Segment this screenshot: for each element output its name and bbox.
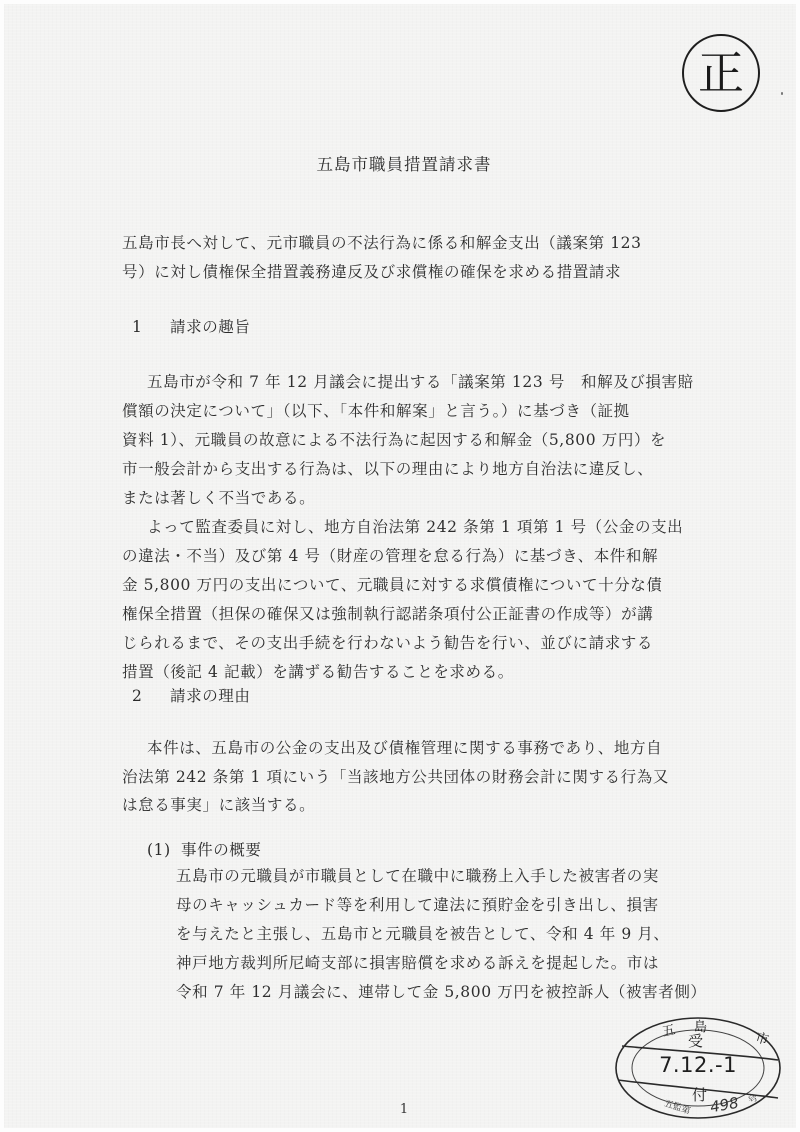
original-mark-char: 正 [698, 50, 744, 96]
section-number: 1 [132, 318, 170, 336]
section-heading-1: 1請求の趣旨 [132, 315, 251, 337]
scanned-page: 正 五島市職員措置請求書 五島市長へ対して、元市職員の不法行為に係る和解金支出（… [4, 4, 796, 1128]
subject-line: 号）に対し債権保全措置義務違反及び求償権の確保を求める措置請求 [122, 262, 621, 282]
paragraph-line: 措置（後記 4 記載）を講ずる勧告することを求める。 [122, 662, 514, 682]
section-title: 請求の理由 [170, 687, 251, 705]
subsection-heading-1: (1)事件の概要 [147, 838, 262, 860]
paragraph-line: 権保全措置（担保の確保又は強制執行認諾条項付公正証書の作成等）が講 [122, 604, 653, 624]
subsection-title: 事件の概要 [181, 841, 262, 859]
paragraph-line: 五島市が令和 7 年 12 月議会に提出する「議案第 123 号 和解及び損害賠 [147, 372, 694, 392]
page-number: 1 [4, 1102, 800, 1117]
paragraph-line: は怠る事実」に該当する。 [122, 795, 315, 815]
subsection-number: (1) [147, 841, 181, 859]
paragraph-line: 本件は、五島市の公金の支出及び債権管理に関する事務であり、地方自 [147, 738, 662, 758]
scan-speck [781, 92, 783, 95]
paragraph-line: 償額の決定について」（以下、「本件和解案」と言う。）に基づき（証拠 [122, 401, 630, 421]
paragraph-line: 金 5,800 万円の支出について、元職員に対する求償債権について十分な債 [122, 575, 663, 595]
original-mark-stamp: 正 [682, 34, 760, 112]
section-heading-2: 2請求の理由 [132, 684, 251, 706]
paragraph-line: または著しく不当である。 [122, 488, 315, 508]
paragraph-line: 資料 1）、元職員の故意による不法行為に起因する和解金（5,800 万円）を [122, 430, 666, 450]
paragraph-line: じられるまで、その支出手続を行わないよう勧告を行い、並びに請求する [122, 633, 653, 653]
paragraph-line: 母のキャッシュカード等を利用して違法に預貯金を引き出し、損害 [176, 895, 659, 915]
paragraph-line: 神戸地方裁判所尼崎支部に損害賠償を求める訴えを提起した。市は [176, 953, 659, 973]
subject-line: 五島市長へ対して、元市職員の不法行為に係る和解金支出（議案第 123 [122, 233, 642, 253]
reception-received-char: 受 [688, 1030, 703, 1051]
paragraph-line: の違法・不当）及び第 4 号（財産の管理を怠る行為）に基づき、本件和解 [122, 546, 658, 566]
paragraph-line: 市一般会計から支出する行為は、以下の理由により地方自治法に違反し、 [122, 459, 653, 479]
paragraph-line: よって監査委員に対し、地方自治法第 242 条第 1 項第 1 号（公金の支出 [147, 517, 683, 537]
paragraph-line: 令和 7 年 12 月議会に、連帯して金 5,800 万円を被控訴人（被害者側） [176, 982, 707, 1002]
document-title: 五島市職員措置請求書 [4, 151, 800, 175]
section-number: 2 [132, 687, 170, 705]
section-title: 請求の趣旨 [170, 318, 251, 336]
paragraph-line: を与えたと主張し、五島市と元職員を被告として、令和 4 年 9 月、 [176, 924, 670, 944]
paragraph-line: 治法第 242 条第 1 項にいう「当該地方公共団体の財務会計に関する行為又 [122, 767, 669, 787]
reception-date: 7.12.-1 [614, 1053, 782, 1077]
paragraph-line: 五島市の元職員が市職員として在職中に職務上入手した被害者の実 [176, 866, 659, 886]
